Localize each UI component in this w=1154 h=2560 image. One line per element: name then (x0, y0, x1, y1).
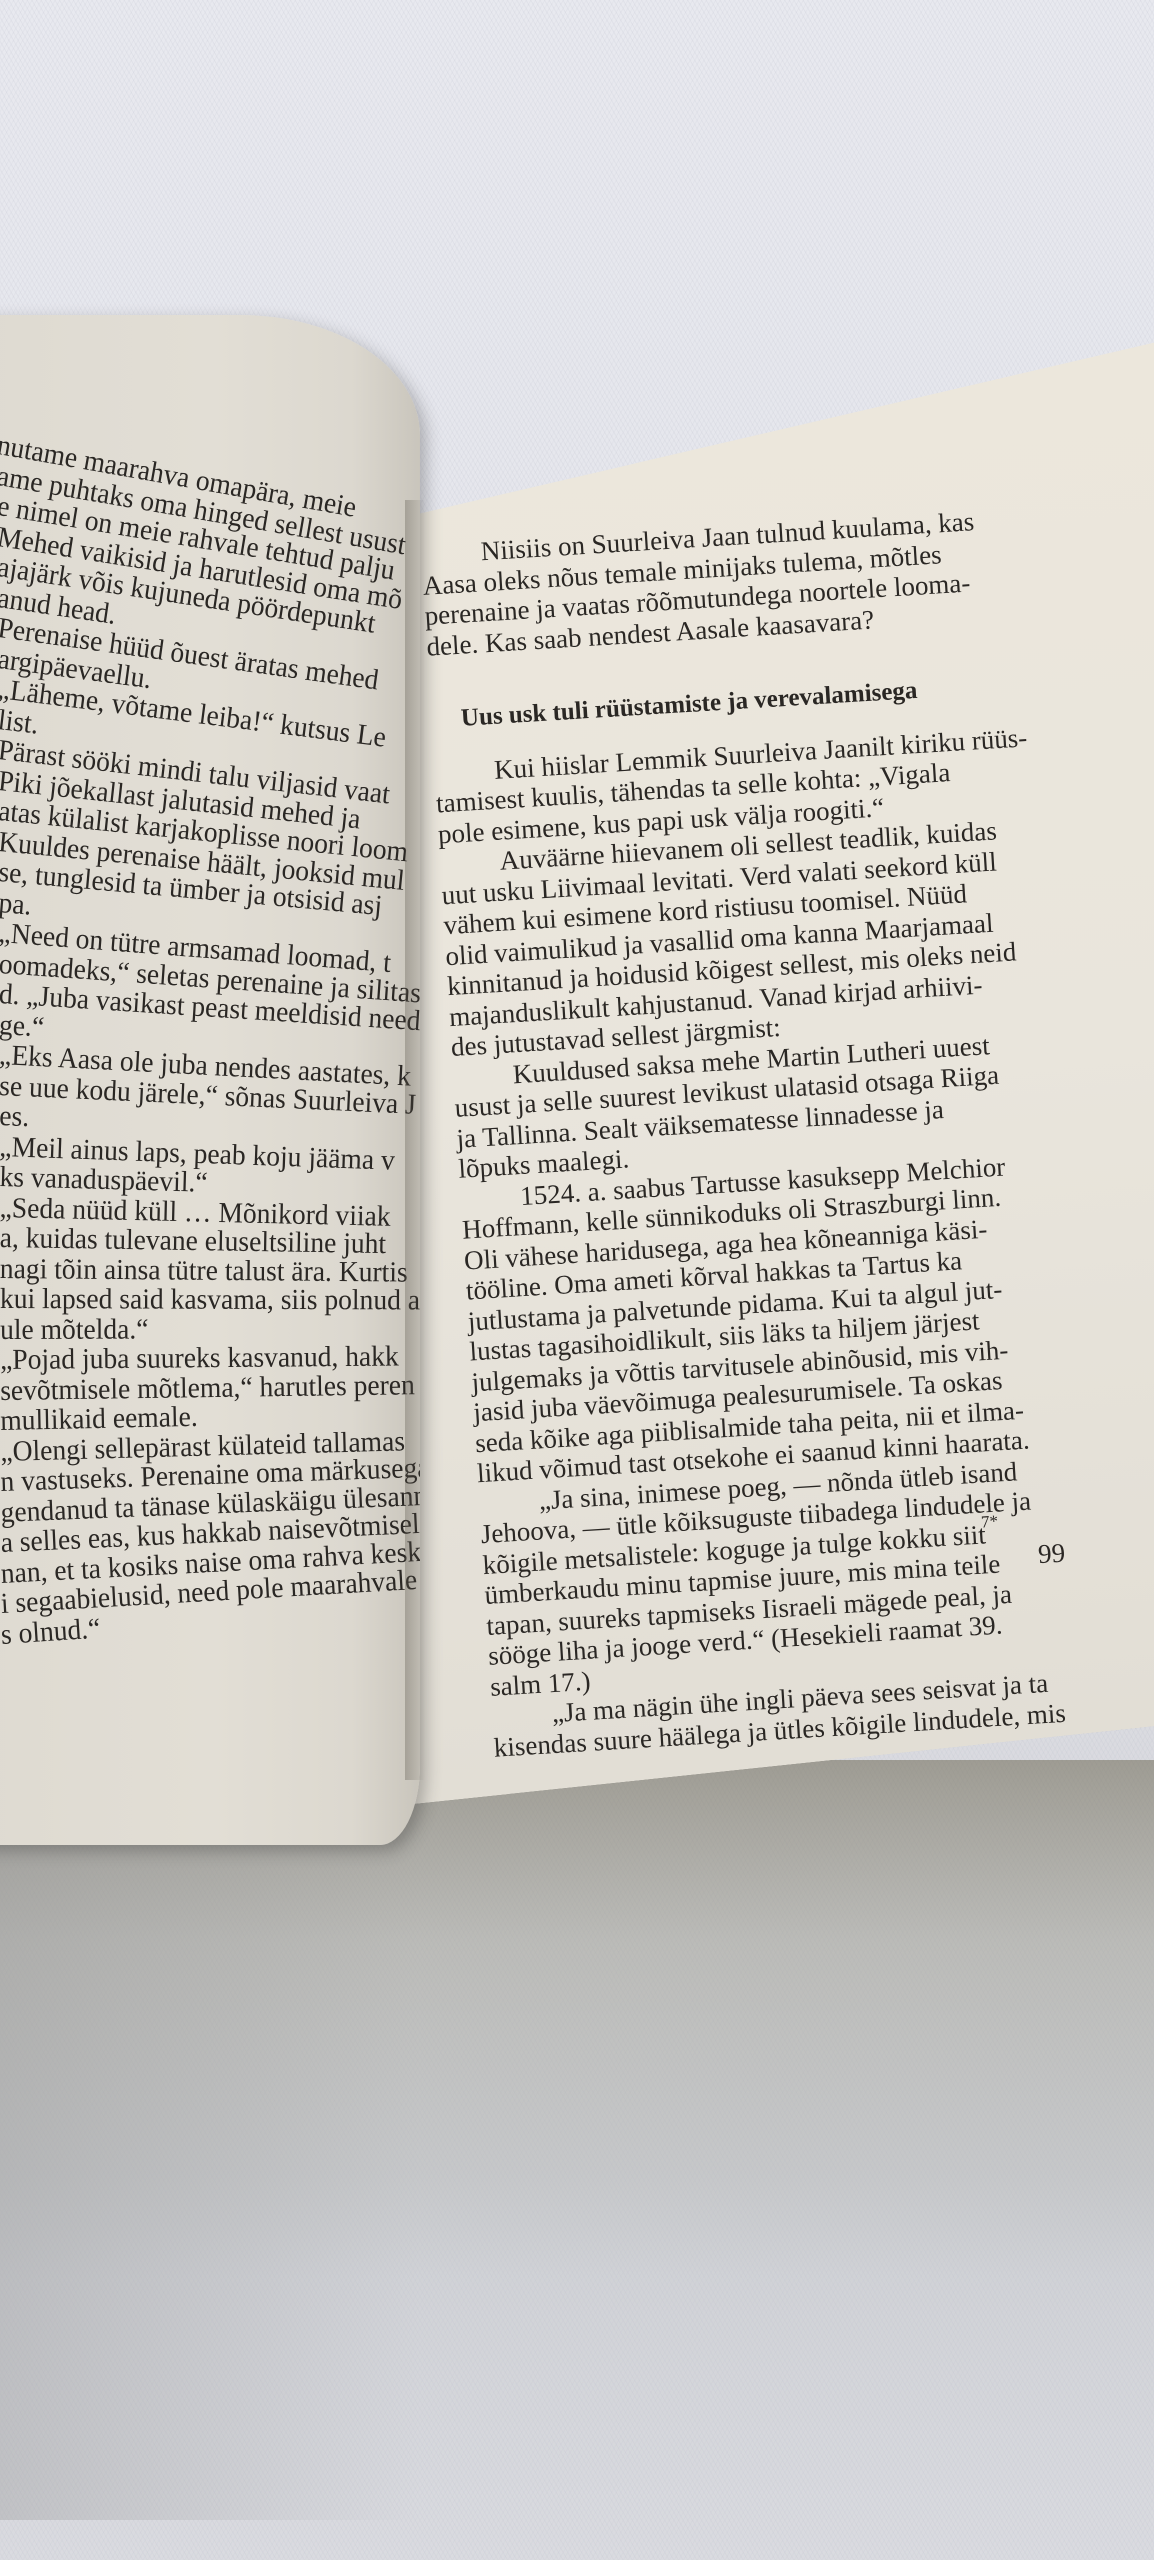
signature-mark: 7* (980, 1507, 999, 1538)
right-page-text: Niisiis on Suurleiva Jaan tulnud kuulama… (420, 503, 1094, 1762)
page-number: 99 (1037, 1538, 1066, 1570)
book-gutter (405, 500, 425, 1780)
text-line: kui lapsed said kasvama, siis polnud a (0, 1284, 399, 1316)
cloth-fold-shadow (0, 1820, 420, 2520)
left-page-text: nutame maarahva omapära, meieame puhtaks… (0, 430, 420, 1730)
right-body-text: Kui hiislar Lemmik Suurleiva Jaanilt kir… (433, 721, 1093, 1762)
